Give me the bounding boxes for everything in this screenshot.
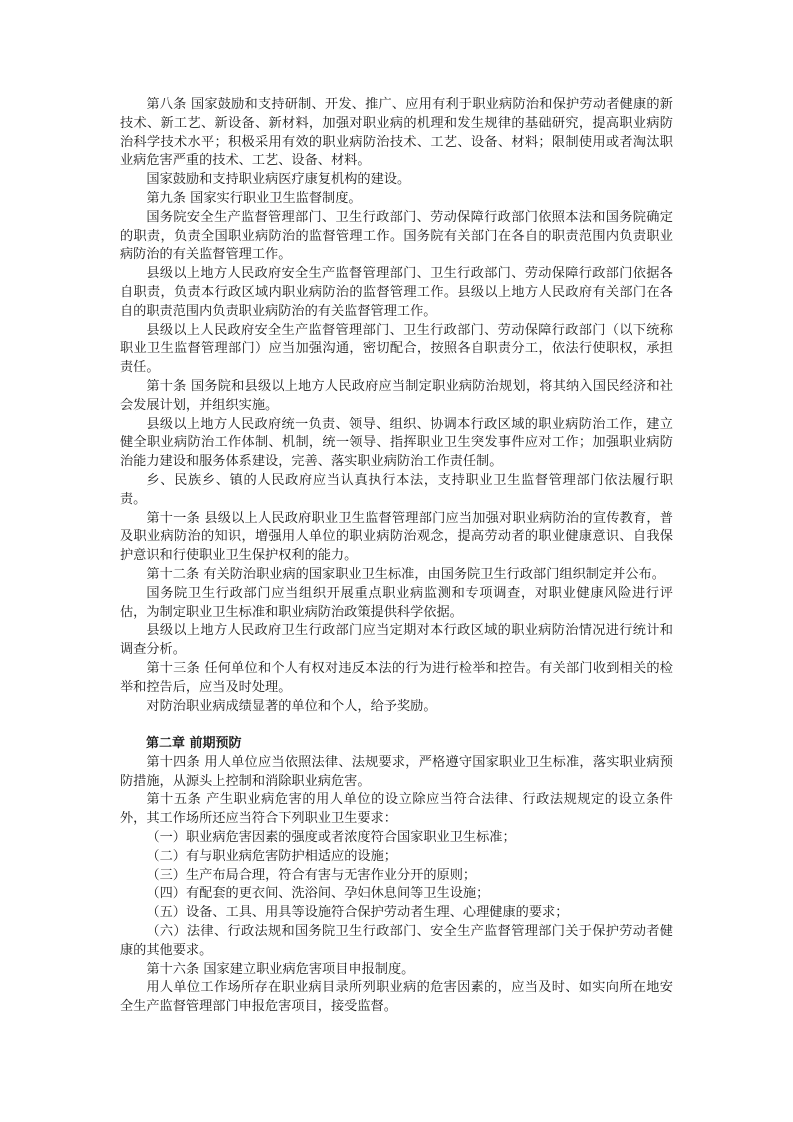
list-item: （五）设备、工具、用具等设施符合保护劳动者生理、心理健康的要求； [120,904,673,923]
paragraph: 乡、民族乡、镇的人民政府应当认真执行本法，支持职业卫生监督管理部门依法履行职责。 [120,472,673,510]
paragraph: 国家鼓励和支持职业病医疗康复机构的建设。 [120,171,673,190]
paragraph: 国务院安全生产监督管理部门、卫生行政部门、劳动保障行政部门依照本法和国务院确定的… [120,209,673,265]
article-9: 第九条 国家实行职业卫生监督制度。 [120,190,673,209]
list-item: （二）有与职业病危害防护相适应的设施； [120,848,673,867]
article-14: 第十四条 用人单位应当依照法律、法规要求，严格遵守国家职业卫生标准，落实职业病预… [120,754,673,792]
article-8: 第八条 国家鼓励和支持研制、开发、推广、应用有利于职业病防治和保护劳动者健康的新… [120,96,673,171]
paragraph: 国务院卫生行政部门应当组织开展重点职业病监测和专项调查，对职业健康风险进行评估，… [120,585,673,623]
list-item: （三）生产布局合理，符合有害与无害作业分开的原则； [120,867,673,886]
article-12: 第十二条 有关防治职业病的国家职业卫生标准，由国务院卫生行政部门组织制定并公布。 [120,566,673,585]
list-item: （六）法律、行政法规和国务院卫生行政部门、安全生产监督管理部门关于保护劳动者健康… [120,923,673,961]
paragraph: 对防治职业病成绩显著的单位和个人，给予奖励。 [120,698,673,717]
paragraph: 县级以上人民政府安全生产监督管理部门、卫生行政部门、劳动保障行政部门（以下统称职… [120,322,673,378]
paragraph: 县级以上地方人民政府安全生产监督管理部门、卫生行政部门、劳动保障行政部门依据各自… [120,265,673,321]
paragraph: 县级以上地方人民政府卫生行政部门应当定期对本行政区域的职业病防治情况进行统计和调… [120,622,673,660]
blank-line [120,716,673,735]
article-13: 第十三条 任何单位和个人有权对违反本法的行为进行检举和控告。有关部门收到相关的检… [120,660,673,698]
article-10: 第十条 国务院和县级以上地方人民政府应当制定职业病防治规划，将其纳入国民经济和社… [120,378,673,416]
paragraph: 县级以上地方人民政府统一负责、领导、组织、协调本行政区域的职业病防治工作，建立健… [120,416,673,472]
document-page: 第八条 国家鼓励和支持研制、开发、推广、应用有利于职业病防治和保护劳动者健康的新… [120,96,673,1017]
article-16: 第十六条 国家建立职业病危害项目申报制度。 [120,961,673,980]
article-11: 第十一条 县级以上人民政府职业卫生监督管理部门应当加强对职业病防治的宣传教育，普… [120,510,673,566]
paragraph: 用人单位工作场所存在职业病目录所列职业病的危害因素的，应当及时、如实向所在地安全… [120,979,673,1017]
list-item: （四）有配套的更衣间、洗浴间、孕妇休息间等卫生设施； [120,885,673,904]
list-item: （一）职业病危害因素的强度或者浓度符合国家职业卫生标准； [120,829,673,848]
chapter-heading: 第二章 前期预防 [120,735,673,754]
article-15: 第十五条 产生职业病危害的用人单位的设立除应当符合法律、行政法规规定的设立条件外… [120,791,673,829]
